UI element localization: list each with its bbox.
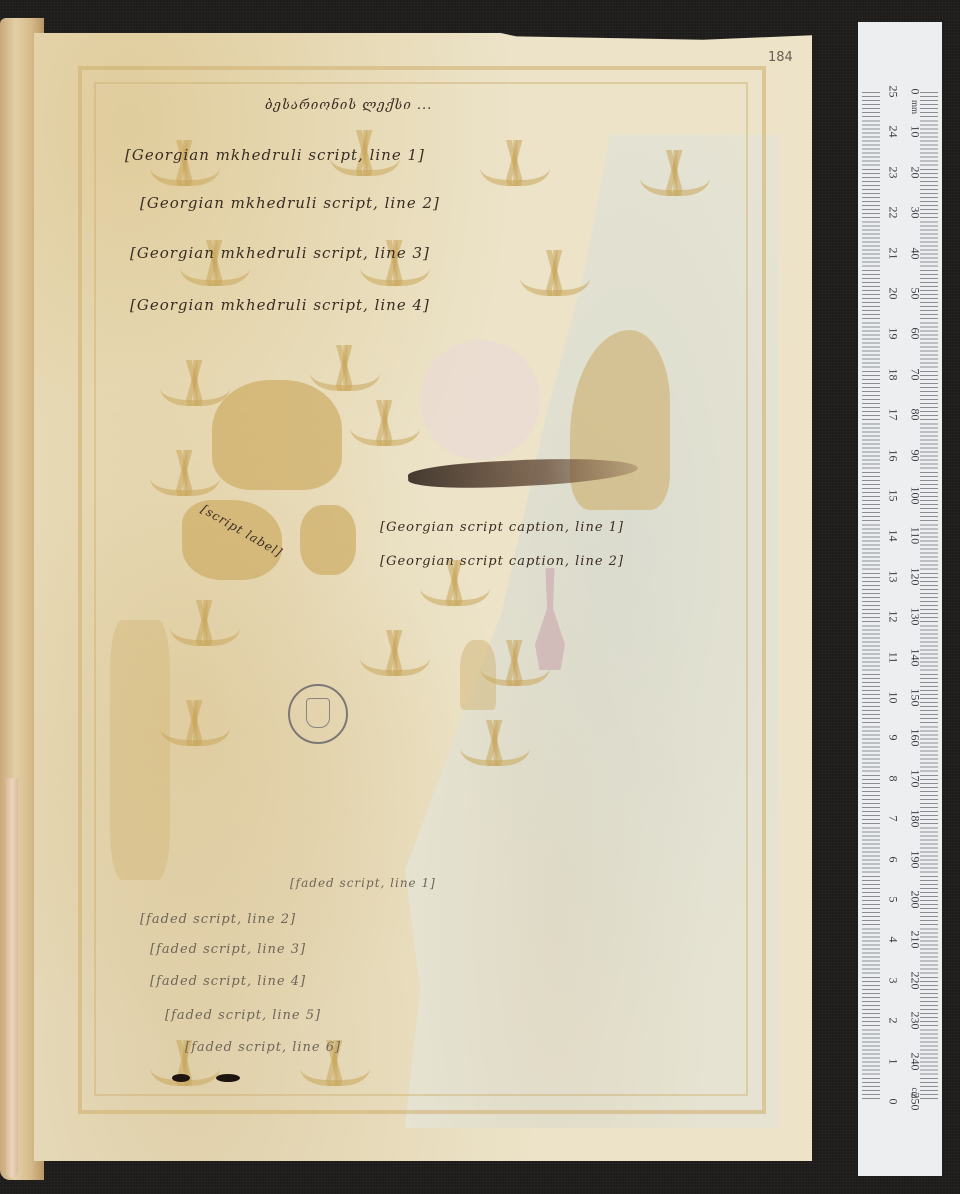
ruler-mm-label: 150 — [908, 683, 923, 713]
ruler-cm-label: 23 — [886, 157, 901, 187]
grass-ornament — [640, 150, 710, 196]
ruler-cm-label: 6 — [886, 844, 901, 874]
lower-text-line: [faded script, line 4] — [150, 974, 306, 989]
ruler-mm-label: 40 — [908, 238, 923, 268]
ruler-mm-label: 100 — [908, 481, 923, 511]
ruler-mm-label: 50 — [908, 279, 923, 309]
ruler-mm-label: 190 — [908, 844, 923, 874]
ruler-mm-label: 70 — [908, 359, 923, 389]
caption-line: [Georgian script caption, line 2] — [380, 554, 624, 569]
ruler-cm-label: 20 — [886, 279, 901, 309]
ruler-ticks-mm — [920, 92, 938, 1102]
ruler-unit-cm: cm — [910, 1078, 920, 1108]
folio-number: 184 — [768, 50, 793, 65]
painted-figure — [212, 380, 342, 490]
lower-text-line: [faded script, line 3] — [150, 942, 306, 957]
lower-text-line: [faded script, line 6] — [185, 1040, 341, 1055]
ruler-cm-label: 9 — [886, 723, 901, 753]
ruler-cm-label: 19 — [886, 319, 901, 349]
ruler-mm-label: 90 — [908, 440, 923, 470]
ruler-cm-label: 18 — [886, 359, 901, 389]
previous-page-edge — [6, 778, 18, 1178]
grass-ornament — [310, 345, 380, 391]
ruler-mm-label: 30 — [908, 198, 923, 228]
ruler-cm-label: 13 — [886, 561, 901, 591]
ruler-mm-label: 210 — [908, 925, 923, 955]
lower-text-line: [faded script, line 5] — [165, 1008, 321, 1023]
ruler-mm-label: 160 — [908, 723, 923, 753]
ruler-cm-label: 11 — [886, 642, 901, 672]
grass-ornament — [150, 450, 220, 496]
ruler-cm-label: 7 — [886, 804, 901, 834]
ruler-unit-mm: mm — [910, 92, 920, 122]
text-line: [Georgian mkhedruli script, line 3] — [130, 244, 430, 262]
ruler-cm-label: 22 — [886, 198, 901, 228]
ruler-cm-label: 10 — [886, 683, 901, 713]
ruler-cm-label: 2 — [886, 1006, 901, 1036]
ruler-cm-label: 0 — [886, 1087, 901, 1117]
ruler-mm-label: 170 — [908, 763, 923, 793]
header-line: ბესარიონის ლექსი ... — [265, 98, 432, 113]
grass-ornament — [360, 630, 430, 676]
ruler-cm-label: 1 — [886, 1046, 901, 1076]
painted-figure — [300, 505, 356, 575]
ruler-mm-label: 180 — [908, 804, 923, 834]
ruler-mm-label: 230 — [908, 1006, 923, 1036]
ruler-cm-label: 8 — [886, 763, 901, 793]
lower-text-line: [faded script, line 2] — [140, 912, 296, 927]
grass-ornament — [160, 360, 230, 406]
ruler-mm-label: 120 — [908, 561, 923, 591]
ruler-cm-label: 5 — [886, 885, 901, 915]
ink-blot — [216, 1074, 240, 1082]
lower-text-line: [faded script, line 1] — [290, 876, 436, 890]
ruler-cm-label: 17 — [886, 400, 901, 430]
ruler-mm-label: 140 — [908, 642, 923, 672]
painted-figure — [460, 640, 496, 710]
text-line: [Georgian mkhedruli script, line 4] — [130, 296, 430, 314]
ruler-cm-label: 14 — [886, 521, 901, 551]
text-line: [Georgian mkhedruli script, line 1] — [125, 146, 425, 164]
ruler-cm-label: 16 — [886, 440, 901, 470]
ruler-cm-label: 12 — [886, 602, 901, 632]
faded-pink-figure — [420, 340, 540, 460]
library-stamp-seal — [288, 684, 348, 744]
ink-blot — [172, 1074, 190, 1082]
caption-line: [Georgian script caption, line 1] — [380, 520, 624, 535]
grass-ornament — [520, 250, 590, 296]
ruler-mm-label: 240 — [908, 1046, 923, 1076]
grass-ornament — [170, 600, 240, 646]
ruler-ticks-cm — [862, 92, 880, 1102]
ruler-cm-label: 15 — [886, 481, 901, 511]
grass-ornament — [460, 720, 530, 766]
ruler-mm-label: 220 — [908, 965, 923, 995]
grass-ornament — [350, 400, 420, 446]
ruler-mm-label: 110 — [908, 521, 923, 551]
grass-ornament — [480, 140, 550, 186]
measurement-ruler: 2524232221201918171615141312111098765432… — [858, 22, 942, 1176]
ruler-mm-label: 200 — [908, 885, 923, 915]
ruler-mm-label: 130 — [908, 602, 923, 632]
ruler-cm-label: 25 — [886, 77, 901, 107]
ruler-cm-label: 24 — [886, 117, 901, 147]
text-line: [Georgian mkhedruli script, line 2] — [140, 194, 440, 212]
ruler-cm-label: 4 — [886, 925, 901, 955]
ruler-mm-label: 60 — [908, 319, 923, 349]
ruler-mm-label: 20 — [908, 157, 923, 187]
ruler-mm-label: 80 — [908, 400, 923, 430]
stain — [110, 620, 170, 880]
ruler-cm-label: 3 — [886, 965, 901, 995]
grass-ornament — [160, 700, 230, 746]
ruler-cm-label: 21 — [886, 238, 901, 268]
